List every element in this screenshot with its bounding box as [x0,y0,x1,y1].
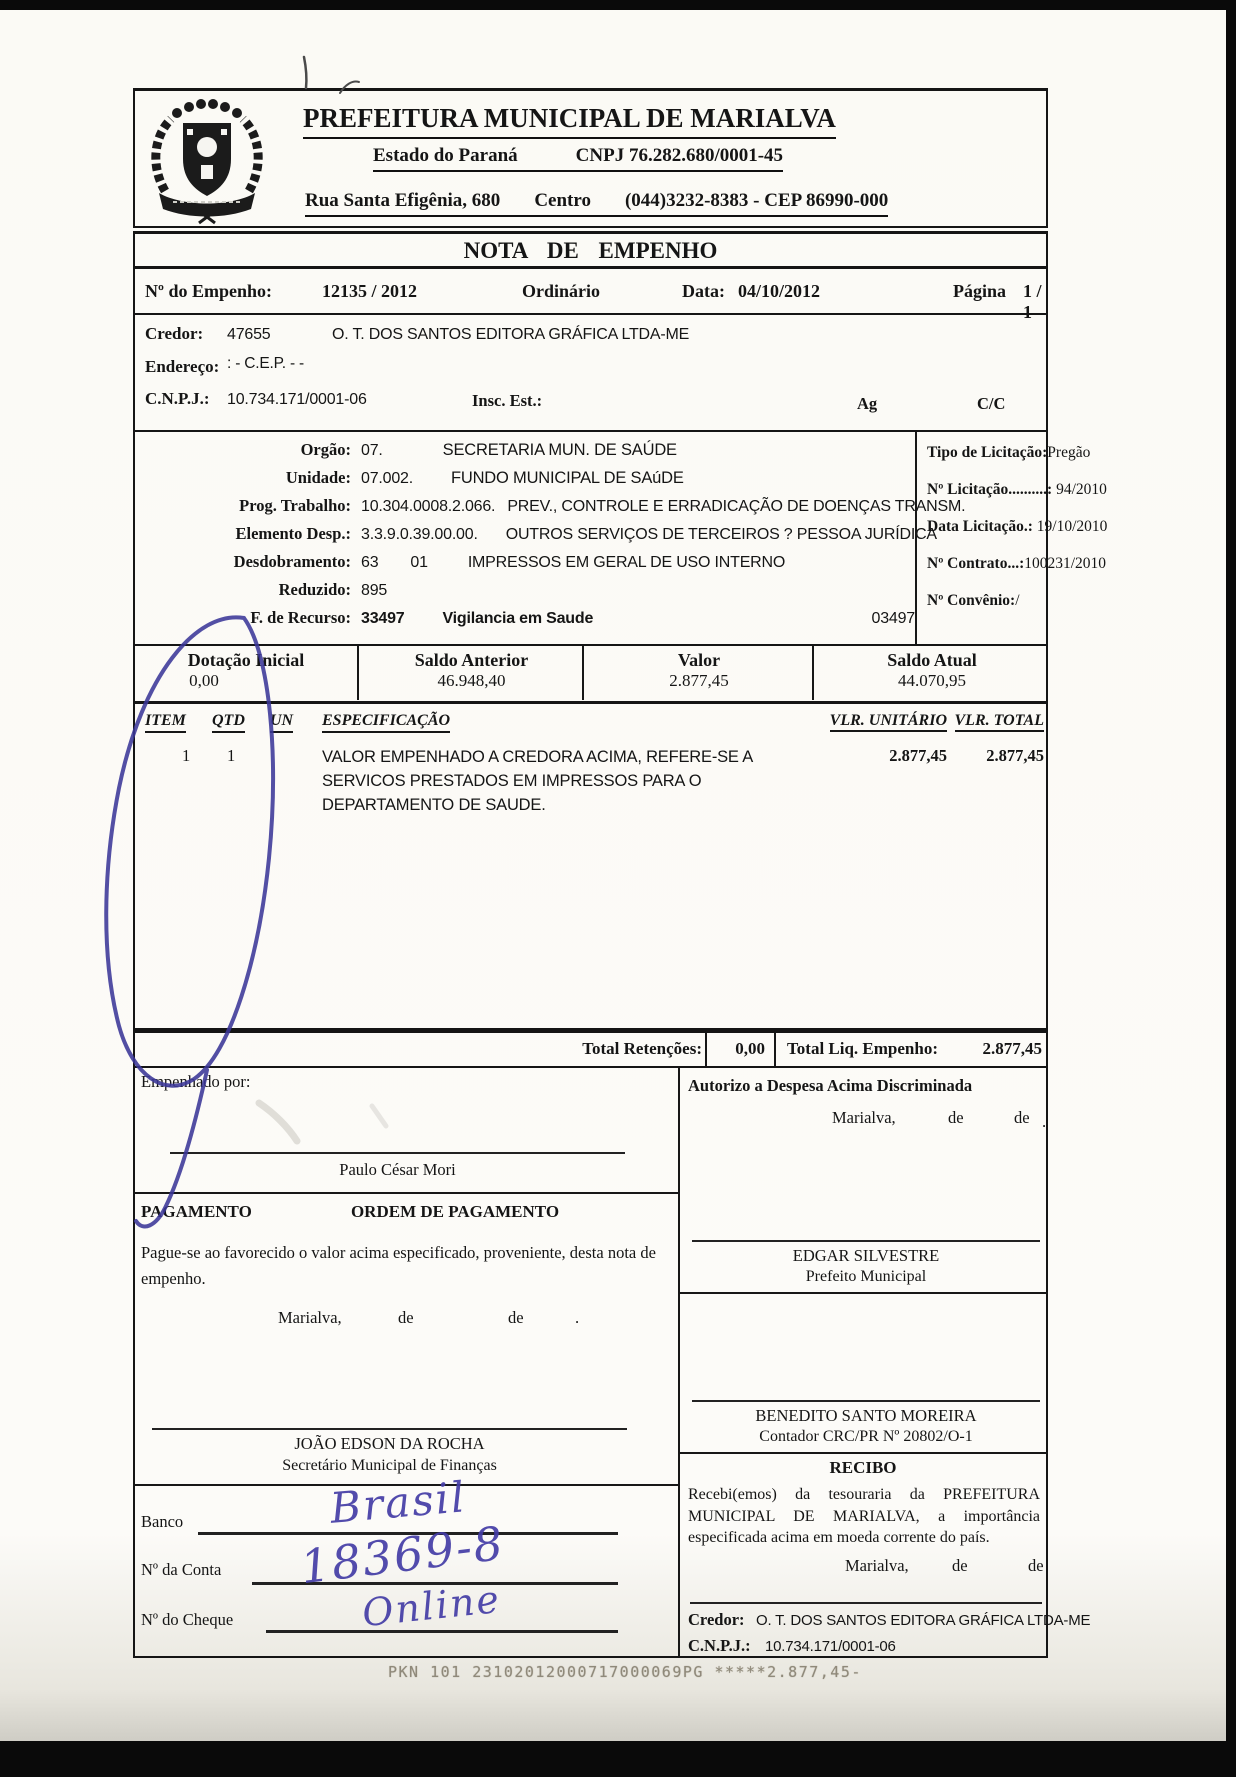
header-box: PREFEITURA MUNICIPAL DE MARIALVA Estado … [133,88,1048,228]
doc-title: NOTA DE EMPENHO [464,238,718,263]
items-header-item: ITEM [145,712,186,733]
items-header-total-wrap: VLR. TOTAL [952,712,1044,730]
city-line-right-de2: de [1014,1108,1030,1128]
conta-label: Nº da Conta [141,1560,221,1580]
saldo-anterior-cell: Saldo Anterior 46.948,40 [357,646,584,700]
divider [705,1033,707,1067]
pague-se-text: Pague-se ao favorecido o valor acima esp… [141,1240,681,1291]
f-recurso-extra: 03497 [855,610,915,628]
cnpj-bottom-label: C.N.P.J.: [688,1636,751,1656]
secretario-name: JOÃO EDSON DA ROCHA [152,1434,627,1454]
credor-bottom-name: O. T. DOS SANTOS EDITORA GRÁFICA LTDA-ME [756,1612,1090,1629]
items-header-qtd: QTD [212,712,245,733]
dotacao-inicial-title: Dotação Inicial [135,650,357,671]
doc-title-band: NOTA DE EMPENHO [133,231,1048,269]
cnpj-label: C.N.P.J.: [145,389,210,409]
recibo-de2: de [1028,1556,1044,1576]
tipo-licitacao-value: Pregão [1047,444,1090,461]
elemento-desp-row: Elemento Desp.:3.3.9.0.39.00.00.OUTROS S… [141,524,937,544]
endereco-value: : - C.E.P. - - [227,355,304,373]
insc-est-label: Insc. Est.: [472,391,542,411]
org-address-line: Rua Santa Efigênia, 680 Centro (044)3232… [305,190,888,217]
orgao-desc: SECRETARIA MUN. DE SAÚDE [443,441,677,459]
scanned-document-page: PREFEITURA MUNICIPAL DE MARIALVA Estado … [0,0,1236,1777]
data-licitacao-label: Data Licitação.: [927,518,1033,535]
signature-line [690,1602,1042,1604]
unidade-label: Unidade: [141,468,351,488]
recibo-city: Marialva, [845,1556,909,1576]
contador-name: BENEDITO SANTO MOREIRA [692,1406,1040,1426]
divider [774,1033,776,1067]
valor-title: Valor [584,650,814,671]
signature-line [170,1152,625,1154]
cnpj-bottom-value: 10.734.171/0001-06 [765,1638,896,1655]
valor-cell: Valor 2.877,45 [582,646,814,700]
total-retencoes-label: Total Retenções: [402,1039,702,1059]
f-recurso-code: 33497 [361,610,405,627]
endereco-label: Endereço: [145,357,219,377]
convenio-row: Nº Convênio:/ [927,592,1020,610]
ag-label: Ag [857,394,877,414]
items-header-unit: VLR. UNITÁRIO [830,712,947,732]
empenho-number-row: Nº do Empenho: 12135 / 2012 Ordinário Da… [133,269,1048,315]
saldo-anterior-title: Saldo Anterior [359,650,584,671]
tipo-licitacao-row: Tipo de Licitação:Pregão [927,444,1090,462]
num-licitacao-label: Nº Licitação..........: [927,481,1052,498]
city-line-left-dot: . [575,1308,579,1328]
credor-label: Credor: [145,324,203,344]
recibo-text: Recebi(emos) da tesouraria da PREFEITURA… [688,1484,1040,1549]
convenio-value: / [1015,592,1019,609]
empenho-number-value: 12135 / 2012 [322,281,417,302]
convenio-label: Nº Convênio: [927,592,1015,609]
city-line-right-de1: de [948,1108,964,1128]
divider [678,1292,1048,1294]
org-title: PREFEITURA MUNICIPAL DE MARIALVA [303,103,836,139]
dotacao-inicial-cell: Dotação Inicial 0,00 [135,646,357,691]
credor-code: 47655 [227,326,271,344]
elemento-desp-code: 3.3.9.0.39.00.00. [361,526,478,543]
unidade-desc: FUNDO MUNICIPAL DE SAúDE [451,469,684,487]
credor-box: Credor: 47655 O. T. DOS SANTOS EDITORA G… [133,315,1048,432]
saldo-atual-cell: Saldo Atual 44.070,95 [812,646,1050,700]
contrato-label: Nº Contrato...: [927,555,1024,572]
empenhado-por-name: Paulo César Mori [170,1160,625,1180]
total-liq-label: Total Liq. Empenho: [787,1039,938,1059]
city-line-left-de2: de [508,1308,524,1328]
retencoes-row: Total Retenções: 0,00 Total Liq. Empenho… [133,1030,1048,1068]
saldo-atual-value: 44.070,95 [814,671,1050,691]
prefeito-title: Prefeito Municipal [692,1268,1040,1286]
signature-line [692,1240,1040,1242]
city-line-left-de1: de [398,1308,414,1328]
data-licitacao-value: 19/10/2010 [1037,518,1108,535]
unidade-code: 07.002. [361,470,413,487]
divider [133,1192,678,1194]
empenho-date: 04/10/2012 [738,281,820,302]
item-row-spec: VALOR EMPENHADO A CREDORA ACIMA, REFERE-… [322,746,792,818]
total-retencoes-value: 0,00 [709,1039,765,1059]
signatures-area [133,1068,1048,1658]
prog-trabalho-row: Prog. Trabalho:10.304.0008.2.066.PREV., … [141,496,965,516]
orgao-row: Orgão:07.SECRETARIA MUN. DE SAÚDE [141,440,677,460]
saldo-atual-title: Saldo Atual [814,650,1050,671]
desdobramento-row: Desdobramento:6301IMPRESSOS EM GERAL DE … [141,552,785,572]
cheque-field-line [266,1630,618,1633]
cnpj-value: 10.734.171/0001-06 [227,391,367,409]
empenhado-por-label: Empenhado por: [141,1072,251,1092]
municipal-coat-of-arms-logo [143,95,271,225]
page-label: Página [953,281,1006,302]
reduzido-label: Reduzido: [141,580,351,600]
org-phone-cep: (044)3232-8383 - CEP 86990-000 [625,190,888,212]
desdobramento-desc: IMPRESSOS EM GERAL DE USO INTERNO [468,554,785,571]
prog-trabalho-label: Prog. Trabalho: [141,496,351,516]
prog-trabalho-code: 10.304.0008.2.066. [361,498,495,515]
orgao-label: Orgão: [141,440,351,460]
licitacao-panel: Tipo de Licitação:Pregão Nº Licitação...… [915,432,1050,644]
city-line-right-dot: . [1042,1112,1046,1132]
saldos-row: Dotação Inicial 0,00 Saldo Anterior 46.9… [133,646,1048,704]
data-licitacao-row: Data Licitação.: 19/10/2010 [927,518,1107,536]
recibo-title: RECIBO [678,1458,1048,1478]
num-licitacao-row: Nº Licitação..........: 94/2010 [927,481,1107,499]
cc-label: C/C [977,394,1005,414]
column-divider [678,1068,680,1656]
item-row-unit: 2.877,45 [822,746,947,766]
items-header-total: VLR. TOTAL [955,712,1045,732]
empenho-date-label: Data: [682,281,725,302]
items-table: ITEM QTD UN ESPECIFICAÇÃO VLR. UNITÁRIO … [133,704,1048,1030]
f-recurso-desc: Vigilancia em Saude [443,610,594,627]
items-header-unit-wrap: VLR. UNITÁRIO [822,712,947,730]
banco-label: Banco [141,1512,183,1532]
credor-name: O. T. DOS SANTOS EDITORA GRÁFICA LTDA-ME [332,326,689,344]
prog-trabalho-desc: PREV., CONTROLE E ERRADICAÇÃO DE DOENÇAS… [507,498,965,515]
credor-bottom-label: Credor: [688,1610,745,1630]
num-licitacao-value: 94/2010 [1056,481,1107,498]
item-row-item: 1 [182,746,190,766]
city-line-left-city: Marialva, [278,1308,342,1328]
reduzido-code: 895 [361,582,387,599]
contrato-value: 100231/2010 [1024,555,1106,572]
saldo-anterior-value: 46.948,40 [359,671,584,691]
empenho-number-label: Nº do Empenho: [145,281,272,302]
autorizo-title: Autorizo a Despesa Acima Discriminada [688,1076,972,1096]
tipo-licitacao-label: Tipo de Licitação: [927,444,1047,461]
org-state: Estado do Paraná [373,145,518,167]
items-header-un: UN [270,712,293,733]
elemento-desp-label: Elemento Desp.: [141,524,351,544]
prefeito-name: EDGAR SILVESTRE [692,1246,1040,1266]
machine-print-line: PKN 101 23102012000717000069PG *****2.87… [388,1663,862,1681]
item-row-total: 2.877,45 [952,746,1044,766]
valor-value: 2.877,45 [584,671,814,691]
contador-title: Contador CRC/PR Nº 20802/O-1 [692,1428,1040,1446]
f-recurso-row: F. de Recurso:33497Vigilancia em Saude 0… [141,608,911,628]
org-cnpj: CNPJ 76.282.680/0001-45 [576,145,783,167]
org-subtitle-line: Estado do Paraná CNPJ 76.282.680/0001-45 [373,145,783,172]
desdobramento-code: 63 [361,554,378,571]
city-line-right-city: Marialva, [832,1108,896,1128]
desdobramento-label: Desdobramento: [141,552,351,572]
signature-line [152,1428,627,1430]
desdobramento-code2: 01 [410,554,427,571]
signature-line [692,1400,1040,1402]
orgao-box: Orgão:07.SECRETARIA MUN. DE SAÚDE Unidad… [133,432,1048,646]
divider [678,1452,1048,1454]
total-liq-value: 2.877,45 [932,1039,1042,1059]
f-recurso-label: F. de Recurso: [141,608,351,628]
orgao-code: 07. [361,442,383,459]
recibo-de1: de [952,1556,968,1576]
ordem-pagamento-title: ORDEM DE PAGAMENTO [290,1202,620,1222]
org-district: Centro [534,190,591,212]
empenho-type: Ordinário [522,281,600,302]
contrato-row: Nº Contrato...:100231/2010 [927,555,1106,573]
items-header-spec: ESPECIFICAÇÃO [322,712,450,733]
pagamento-title: PAGAMENTO [141,1202,252,1222]
elemento-desp-desc: OUTROS SERVIÇOS DE TERCEIROS ? PESSOA JU… [506,526,937,543]
unidade-row: Unidade:07.002.FUNDO MUNICIPAL DE SAúDE [141,468,684,488]
cheque-label: Nº do Cheque [141,1610,233,1630]
org-address: Rua Santa Efigênia, 680 [305,190,500,212]
secretario-title: Secretário Municipal de Finanças [152,1457,627,1475]
reduzido-row: Reduzido:895 [141,580,387,600]
dotacao-inicial-value: 0,00 [93,671,315,691]
item-row-qtd: 1 [227,746,235,766]
